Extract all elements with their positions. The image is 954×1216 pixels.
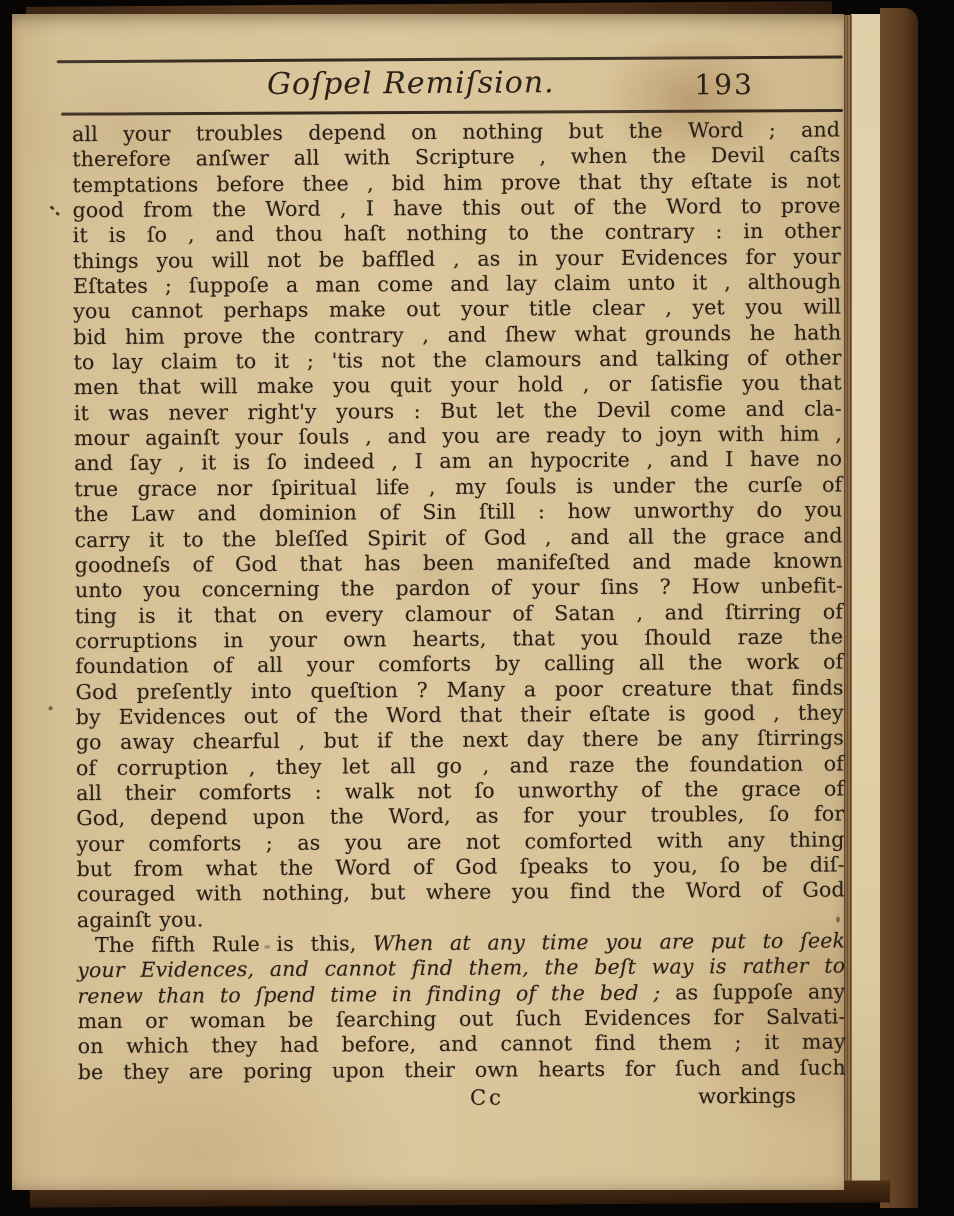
ink-speck xyxy=(836,916,840,922)
body-text: all your troubles depend on nothing but … xyxy=(72,117,846,1085)
ink-speck xyxy=(55,211,60,216)
underlying-page-edge xyxy=(851,14,880,1200)
running-head: Goſpel Remiſsion. 193 xyxy=(72,63,840,112)
page-footer: Cc workings xyxy=(78,1083,846,1116)
ink-speck xyxy=(264,945,270,949)
book-page: Goſpel Remiſsion. 193 all your troubles … xyxy=(12,14,844,1190)
page-number: 193 xyxy=(694,68,754,101)
photographed-book-page: Goſpel Remiſsion. 193 all your troubles … xyxy=(0,0,954,1216)
signature-mark: Cc xyxy=(470,1086,504,1110)
text-line: couraged with nothing, but where you fin… xyxy=(77,878,845,908)
ink-speck xyxy=(49,706,53,710)
running-title: Goſpel Remiſsion. xyxy=(27,64,795,104)
page-content: Goſpel Remiſsion. 193 all your troubles … xyxy=(8,11,847,1192)
book-cover-right-edge xyxy=(880,8,918,1208)
header-rule-top xyxy=(57,55,843,63)
text-line: be they are poring upon their own hearts… xyxy=(78,1055,846,1085)
ink-speck xyxy=(49,205,55,211)
catchword: workings xyxy=(698,1084,796,1109)
